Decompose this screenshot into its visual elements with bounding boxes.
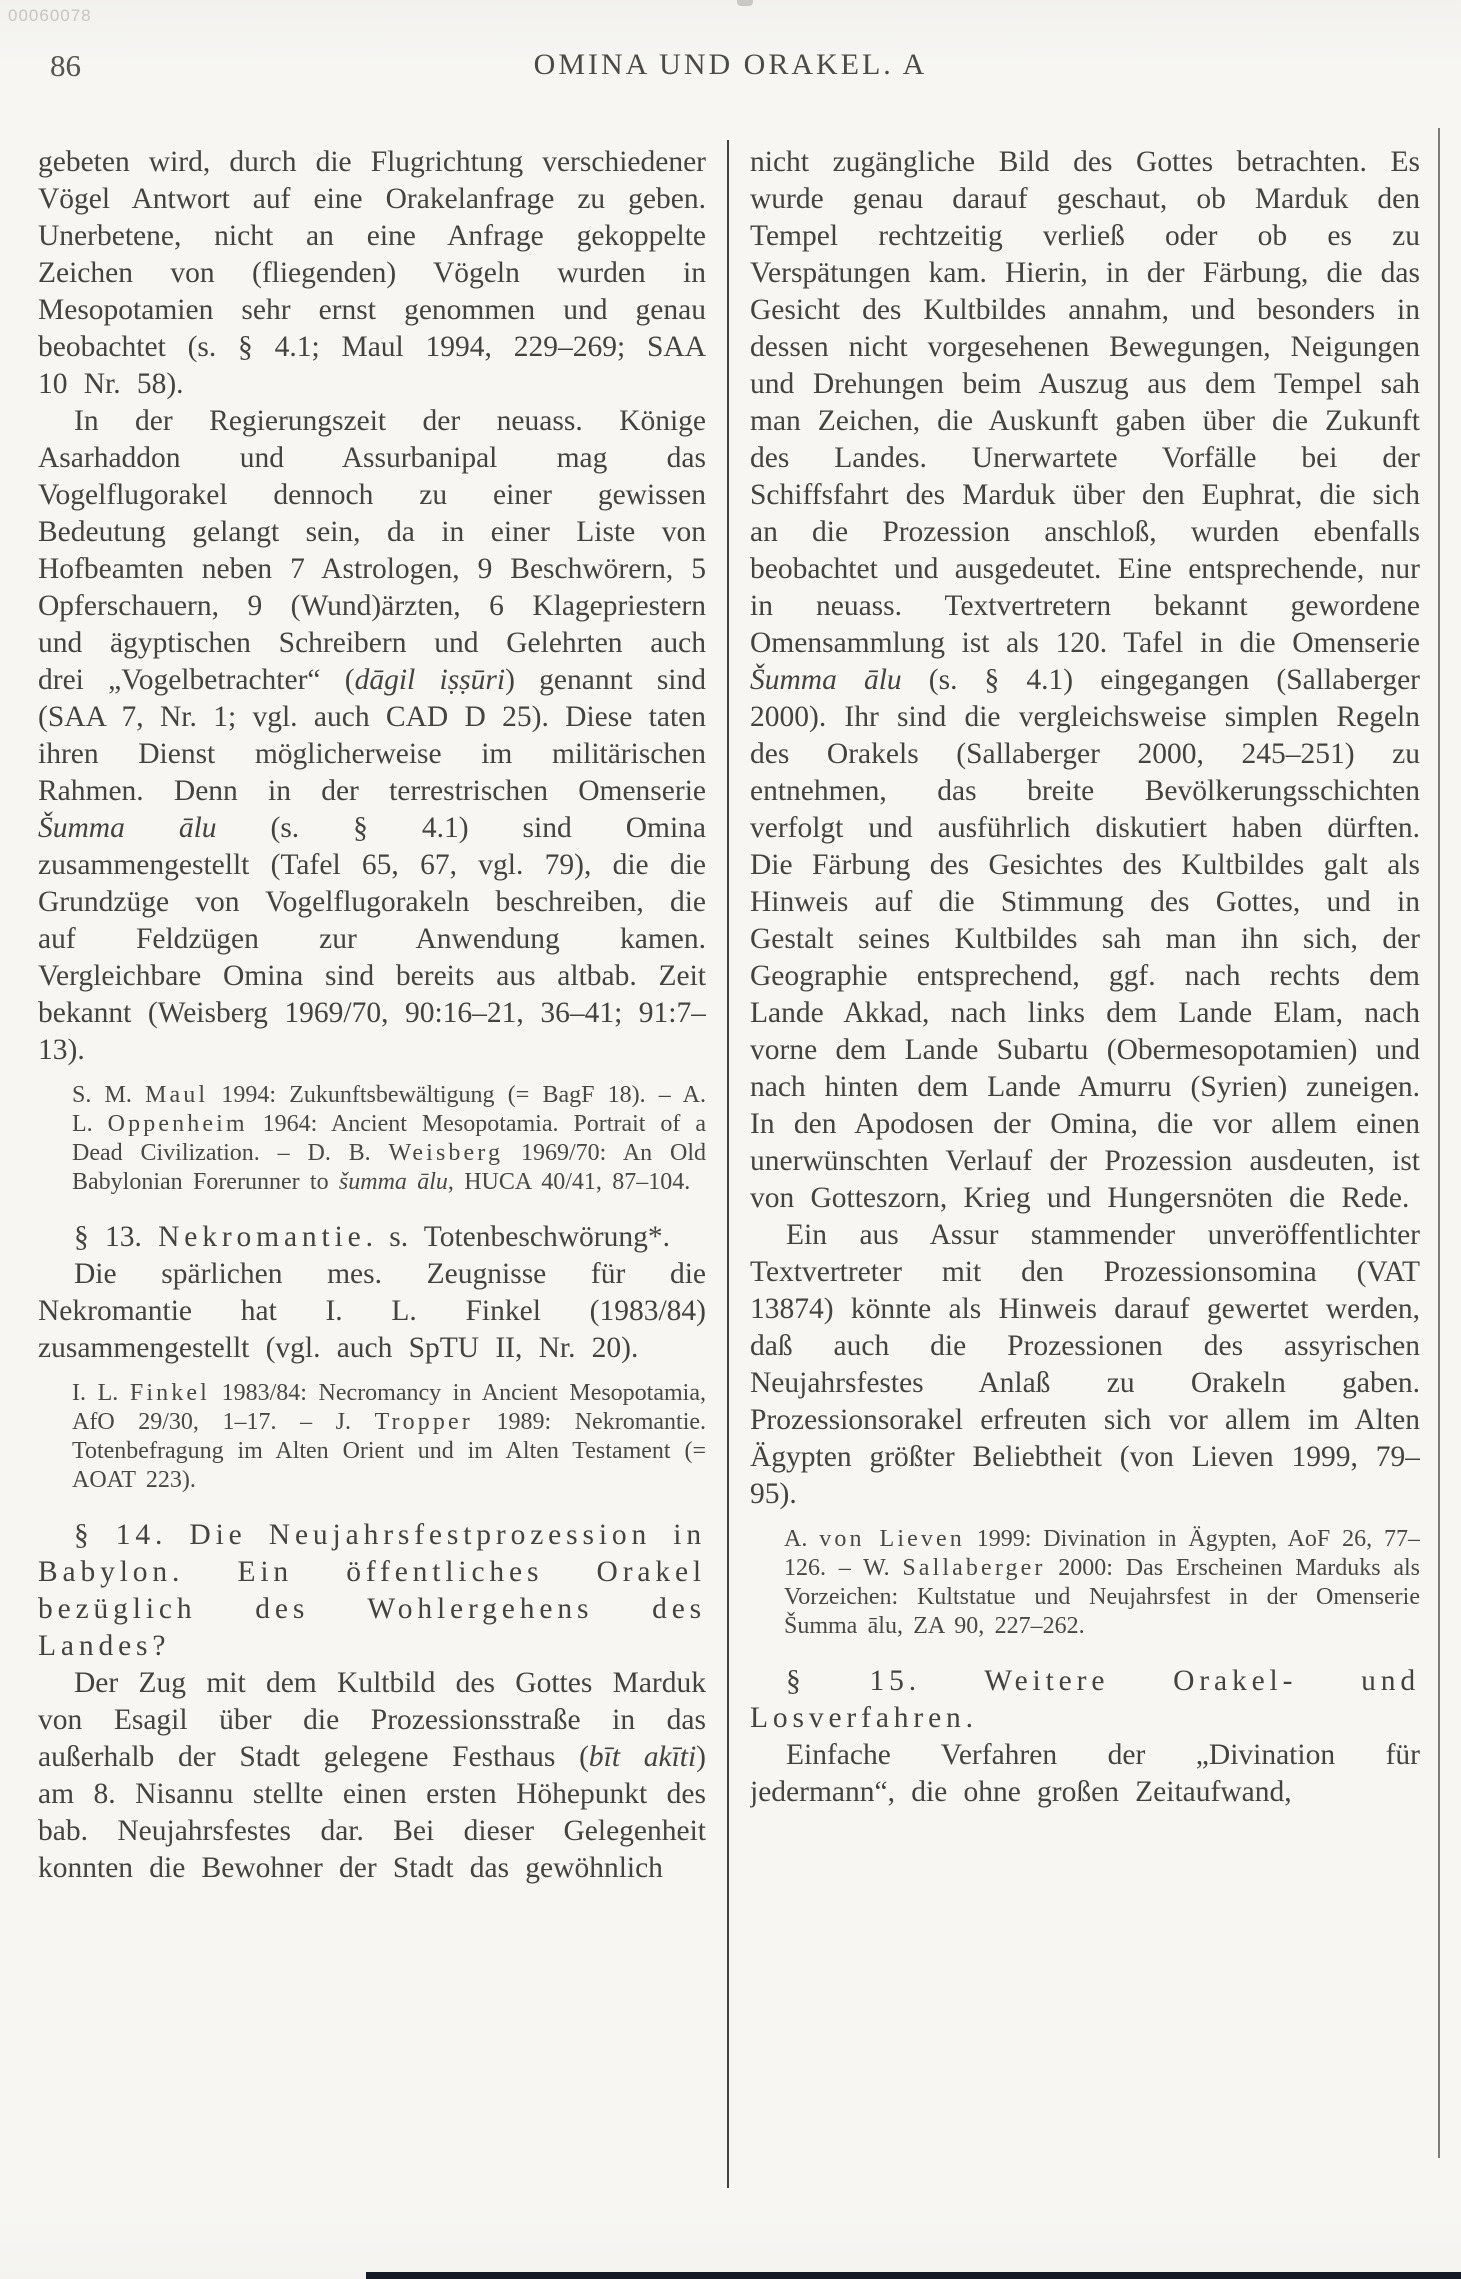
body-paragraph: In der Regierungszeit der neuass. Könige… (38, 403, 706, 1069)
text-run: Šumma ālu (750, 664, 902, 696)
text-run: Maul (145, 1082, 208, 1108)
column-divider-rule (727, 140, 729, 2188)
text-run: nicht zugängliche Bild des Gottes betrac… (750, 146, 1420, 659)
text-run: Einfache Verfahren der „Divination für j… (750, 1739, 1420, 1808)
body-paragraph: Einfache Verfahren der „Divination für j… (750, 1737, 1420, 1811)
body-paragraph: Der Zug mit dem Kultbild des Gottes Mard… (38, 1665, 706, 1887)
text-run: § 14. Die Neujahrsfestprozession in Baby… (38, 1519, 706, 1662)
body-paragraph: nicht zugängliche Bild des Gottes betrac… (750, 144, 1420, 1217)
text-run: dāgil iṣṣūri (355, 664, 505, 696)
scanned-page: { "page": { "scan_number": "00060078", "… (0, 0, 1461, 2279)
section-heading: § 15. Weitere Orakel- und Losverfahren. (750, 1663, 1420, 1737)
text-run: (s. § 4.1) sind Omina zusammengestellt (… (38, 812, 706, 1066)
text-run: Ein aus Assur stammender unveröffentlich… (750, 1219, 1420, 1510)
body-paragraph: gebeten wird, durch die Flugrichtung ver… (38, 144, 706, 403)
text-run: . s. Totenbeschwörung*. (366, 1221, 670, 1253)
running-header: OMINA UND ORAKEL. A (0, 48, 1461, 82)
text-run: Tropper (375, 1409, 473, 1435)
page-edge-line (1438, 128, 1440, 2158)
section-heading: § 14. Die Neujahrsfestprozession in Baby… (38, 1517, 706, 1665)
text-run: § 13. (74, 1221, 158, 1253)
text-run: Weisberg (389, 1140, 504, 1166)
section-heading: § 13. Nekromantie. s. Totenbeschwörung*. (38, 1219, 706, 1256)
scan-artifact-top-mark (737, 0, 753, 6)
body-paragraph: Ein aus Assur stammender unveröffentlich… (750, 1217, 1420, 1513)
text-run: Sallaberger (902, 1555, 1045, 1581)
text-run: , HUCA 40/41, 87–104. (448, 1169, 690, 1195)
text-run: Finkel (130, 1380, 210, 1406)
text-run: I. L. (72, 1380, 130, 1406)
text-run: Oppenheim (108, 1111, 248, 1137)
text-run: bīt akīti (589, 1741, 696, 1773)
text-run: Šumma ālu (38, 812, 217, 844)
text-run: A. (784, 1526, 819, 1552)
text-run: von Lieven (819, 1526, 965, 1552)
bibliography-block: I. L. Finkel 1983/84: Necromancy in Anci… (72, 1379, 706, 1495)
text-run: gebeten wird, durch die Flugrichtung ver… (38, 146, 706, 400)
text-run: In der Regierungszeit der neuass. Könige… (38, 405, 706, 696)
bibliography-block: A. von Lieven 1999: Divination in Ägypte… (784, 1525, 1420, 1641)
text-run: § 15. Weitere Orakel- und Losverfahren. (750, 1665, 1420, 1734)
text-run: šumma ālu (339, 1169, 448, 1195)
scan-artifact-bottom-bar (366, 2272, 1461, 2279)
scan-number-watermark: 00060078 (8, 6, 92, 26)
text-run: S. M. (72, 1082, 145, 1108)
text-run: (s. § 4.1) eingegangen (Sallaberger 2000… (750, 664, 1420, 1214)
bibliography-block: S. M. Maul 1994: Zukunftsbewältigung (= … (72, 1081, 706, 1197)
right-column: nicht zugängliche Bild des Gottes betrac… (750, 144, 1420, 1811)
body-paragraph: Die spärlichen mes. Zeugnisse für die Ne… (38, 1256, 706, 1367)
text-run: Nekromantie (158, 1221, 366, 1253)
left-column: gebeten wird, durch die Flugrichtung ver… (38, 144, 706, 1887)
text-run: Die spärlichen mes. Zeugnisse für die Ne… (38, 1258, 706, 1364)
